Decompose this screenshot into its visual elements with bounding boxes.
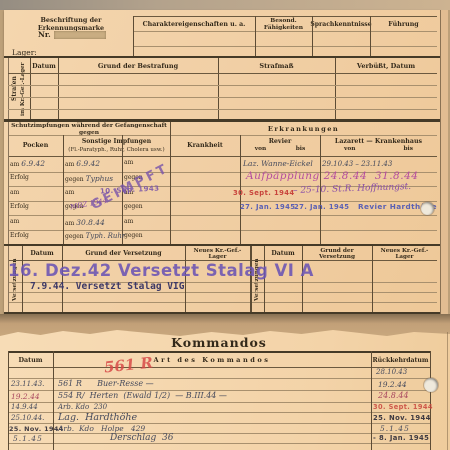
versetzungen-col-datum-r: Datum: [264, 249, 302, 258]
col-sprachkenntnisse: Sprachkenntnisse: [312, 19, 370, 29]
kommando-rueck-stamp: - 8. Jan. 1945: [373, 434, 429, 442]
versetzungen-col-lager-r: Neues Kr.-Gef.-Lager: [372, 249, 437, 258]
strafen-side-label-2: im Kr.-Gef.-Lager: [19, 58, 27, 120]
impf-cell-label: am: [65, 189, 74, 196]
punch-hole-lower: [424, 378, 438, 392]
kommando-art: 561 R Buer-Resse —: [58, 379, 154, 388]
erkrankung-entry-aufpaepplung: Aufpäpplung 24.8.44 31.8.44: [246, 170, 418, 182]
versetzung-typed-stalag-vig: 7.9.44. Versetzt Stalag VIG: [30, 281, 184, 292]
kommando-datum: 25.10.44.: [11, 414, 44, 422]
erkrankungen-title: Erkrankungen: [170, 124, 437, 134]
col-fuehrung: Führung: [370, 19, 437, 29]
erkrankungen-col-revier: Revier: [240, 137, 320, 146]
nr-redacted-box: [54, 31, 106, 39]
impf-cell-value: 6.9.42: [76, 159, 100, 168]
kommando-datum: 23.11.43.: [11, 380, 44, 388]
strafen-col-grund: Grund der Bestrafung: [58, 61, 218, 71]
scan-background-top: [0, 0, 450, 10]
punch-hole-upper: [421, 202, 434, 215]
impf-cell-value: Typh. Ruhr: [86, 232, 126, 240]
impf-row: Erfolg: [10, 232, 29, 239]
impf-row: Erfolg: [10, 203, 29, 210]
versetzung-stamp-stalag-via: 16. Dez.42 Versetzt Stalag VI A: [8, 261, 442, 280]
revier-von: von: [255, 146, 266, 154]
impf-row: am: [124, 218, 133, 225]
impf-row: am: [10, 218, 19, 225]
versetzungen-col-datum-l: Datum: [22, 249, 62, 258]
impf-cell-label: gegen: [65, 233, 84, 240]
impf-cell-value: 30.8.44: [76, 218, 105, 227]
impfungen-col-pocken: Pocken: [8, 140, 63, 150]
nr-label: Nr.: [38, 30, 51, 39]
strafen-side-label: Strafen im Kr.-Gef.-Lager: [8, 58, 30, 120]
impf-cell-label: Erfolg: [10, 232, 29, 239]
erkennungsmarke-label: Beschriftung der Erkennungsmarke: [12, 19, 130, 29]
kommando-rueck: 24.8.44: [378, 391, 409, 400]
kommando-rueck: 5.1.45: [380, 424, 410, 433]
impf-row: gegen: [124, 232, 143, 239]
impf-cell-label: am: [10, 161, 19, 168]
strafen-col-strafmass: Strafmaß: [218, 61, 335, 71]
kommando-art: Arb. Kdo Holpe 429: [58, 424, 145, 433]
kommando-datum-stamp: 25. Nov. 1944: [9, 425, 64, 433]
kommandos-col-rueckkehr: Rückkehrdatum: [371, 355, 430, 365]
erkrankung-entry-daten: 29.10.43 – 23.11.43: [322, 160, 392, 168]
impf-row: Erfolg: [10, 174, 29, 181]
revier-bis: bis: [296, 146, 306, 154]
strafen-side-label-1: Strafen: [11, 58, 19, 120]
impf-row: am: [65, 189, 74, 196]
erkrankungen-col-krankheit: Krankheit: [170, 140, 240, 150]
impf-cell-value: 6.9.42: [21, 159, 45, 168]
impf-cell-value: Typhus: [86, 174, 114, 183]
impf-row: gegen Typhus: [65, 174, 113, 183]
kommando-datum: 14.9.44: [11, 403, 38, 411]
impf-cell-label: Erfolg: [10, 174, 29, 181]
date-stamp-27-jan-1945-a: 27. Jan. 1945: [240, 203, 295, 211]
col-charakter: Charaktereigenschaften u. a.: [133, 19, 255, 29]
kommandos-col-art: Art des Kommandos: [53, 355, 371, 365]
revier-von-bis: von bis: [240, 146, 320, 154]
date-stamp-30-sept-1944: 30. Sept. 1944: [233, 189, 295, 197]
impf-cell-label: am: [65, 220, 74, 227]
impf-cell-label: am: [10, 189, 19, 196]
kommandos-col-datum: Datum: [8, 355, 53, 365]
kommando-datum: 19.2.44: [11, 392, 40, 401]
kommando-rueck: 28.10.43: [376, 368, 407, 376]
col-faehigkeiten: Besond. Fähigkeiten: [255, 19, 312, 29]
lazarett-von-bis: von bis: [320, 146, 437, 154]
strafen-col-verbuesst: Verbüßt, Datum: [335, 61, 437, 71]
pow-record-card-scan: Beschriftung der Erkennungsmarke Nr. Lag…: [0, 0, 450, 450]
kommando-art: 554 R/ Herten (Ewald 1/2) — B.III.44 —: [58, 391, 227, 400]
versetzungen-col-lager-l: Neues Kr.-Gef.-Lager: [185, 249, 250, 258]
kommando-art: Lag. Hardthöhe: [58, 412, 137, 423]
impf-cell-label: Erfolg: [10, 203, 29, 210]
impf-cell-label: am: [124, 218, 133, 225]
kommandos-card-edge: [447, 332, 448, 450]
impf-row: am: [124, 159, 133, 166]
impf-row: am 30.8.44: [65, 218, 105, 227]
kommando-rueck: 19.2.44: [378, 380, 407, 389]
lazarett-von: von: [344, 146, 355, 154]
versetzungen-col-grund-l: Grund der Versetzung: [62, 249, 185, 258]
impf-cell-label: am: [124, 159, 133, 166]
kommandos-title: Kommandos: [8, 335, 430, 349]
date-stamp-27-jan-1945-b: 27. Jan. 1945: [294, 203, 349, 211]
impf-row: am 6.9.42: [65, 159, 100, 168]
kommando-art: Derschlag 36: [110, 433, 173, 443]
strafen-col-datum: Datum: [30, 61, 58, 71]
impfungen-col-sonstige: Sonstige Impfungen: [63, 137, 170, 146]
impf-cell-label: gegen: [124, 203, 143, 210]
impf-cell-label: am: [65, 161, 74, 168]
impf-row: am: [10, 189, 19, 196]
versetzungen-col-grund-r: Grund der Versetzung: [302, 249, 372, 258]
kommando-datum: 5.1.45: [13, 434, 43, 443]
kommando-art: Arb. Kdo 230: [58, 403, 107, 411]
impf-row: am 6.9.42: [10, 159, 45, 168]
impfungen-title: Schutzimpfungen während der Gefangenscha…: [8, 124, 170, 134]
erkrankung-entry-ort: Laz. Wanne-Eickel: [243, 159, 313, 168]
impf-cell-label: gegen: [65, 176, 84, 183]
impf-row: gegen: [124, 203, 143, 210]
kommando-rueck-stamp: 30. Sept. 1944: [373, 403, 433, 411]
impf-row: gegen Typh. Ruhr: [65, 232, 125, 240]
erkrankungen-col-lazarett: Lazarett — Krankenhaus: [320, 137, 437, 146]
lazarett-bis: bis: [403, 146, 413, 154]
impfungen-col-sonstige-sub: (Fl.-Paratyph., Ruhr, Cholera usw.): [63, 146, 170, 154]
impf-cell-label: gegen: [124, 232, 143, 239]
kommando-rueck-stamp: 25. Nov. 1944: [373, 414, 431, 422]
impf-cell-label: am: [10, 218, 19, 225]
